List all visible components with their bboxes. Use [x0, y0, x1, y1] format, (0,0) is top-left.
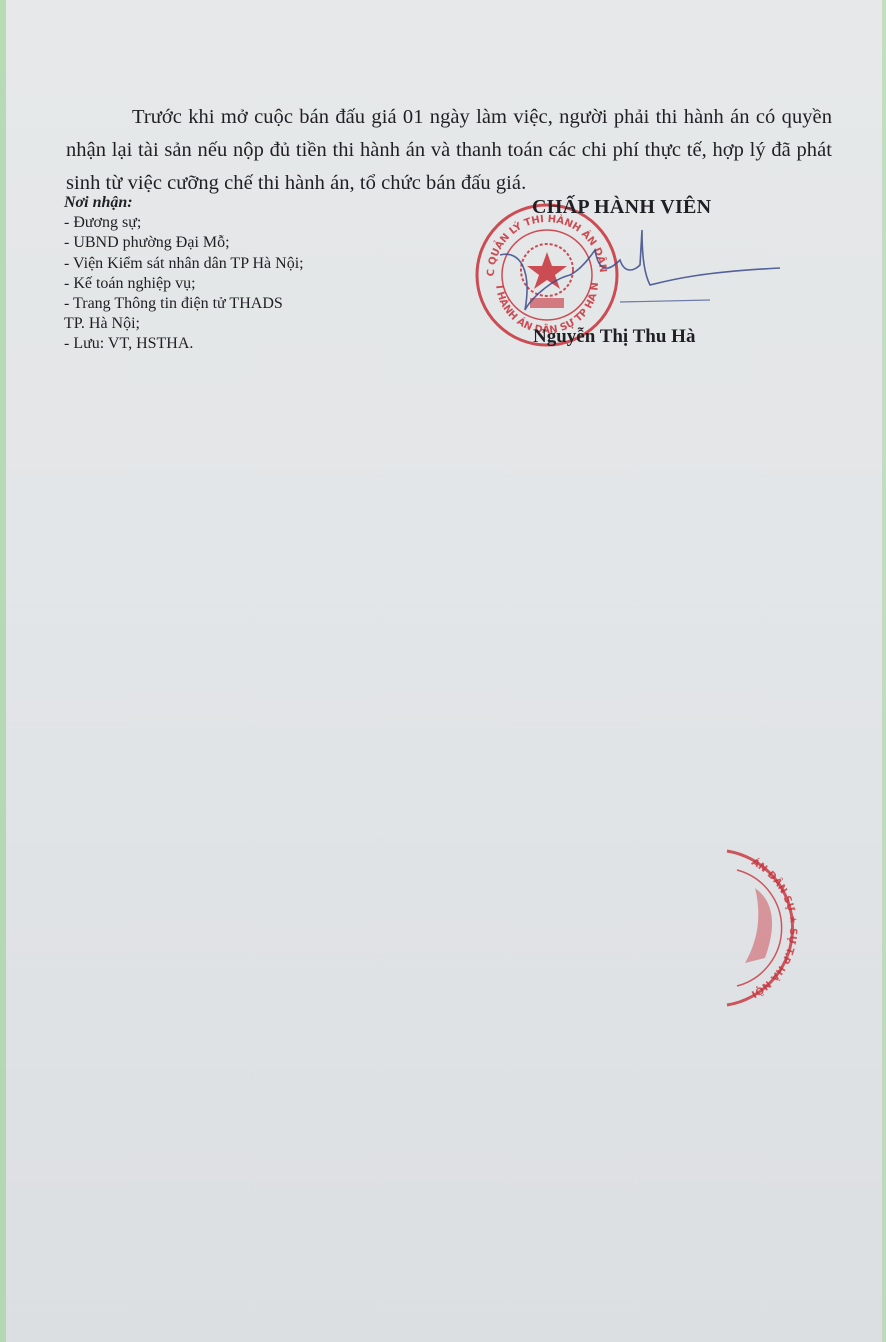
recipient-item: - UBND phường Đại Mỗ; — [64, 233, 304, 253]
recipient-item: - Đương sự; — [64, 213, 304, 233]
signature-block: CỤC QUẢN LÝ THI HÀNH ÁN DÂN SỰ THI HÀNH … — [470, 190, 790, 360]
signature-icon — [470, 190, 790, 340]
recipients-title: Nơi nhận: — [64, 193, 304, 213]
bleed-through-text — [70, 650, 830, 890]
recipient-item: - Kế toán nghiệp vụ; — [64, 274, 304, 294]
signer-name: Nguyễn Thị Thu Hà — [533, 326, 695, 348]
recipient-item: - Lưu: VT, HSTHA. — [64, 334, 304, 354]
scan-edge-right — [882, 0, 886, 1342]
recipients-block: Nơi nhận: - Đương sự; - UBND phường Đại … — [64, 193, 304, 355]
scan-edge-left — [0, 0, 6, 1342]
recipient-item: - Viện Kiểm sát nhân dân TP Hà Nội; — [64, 254, 304, 274]
recipient-item: TP. Hà Nội; — [64, 314, 304, 334]
recipient-item: - Trang Thông tin điện tử THADS — [64, 294, 304, 314]
body-paragraph: Trước khi mở cuộc bán đấu giá 01 ngày là… — [66, 101, 832, 200]
